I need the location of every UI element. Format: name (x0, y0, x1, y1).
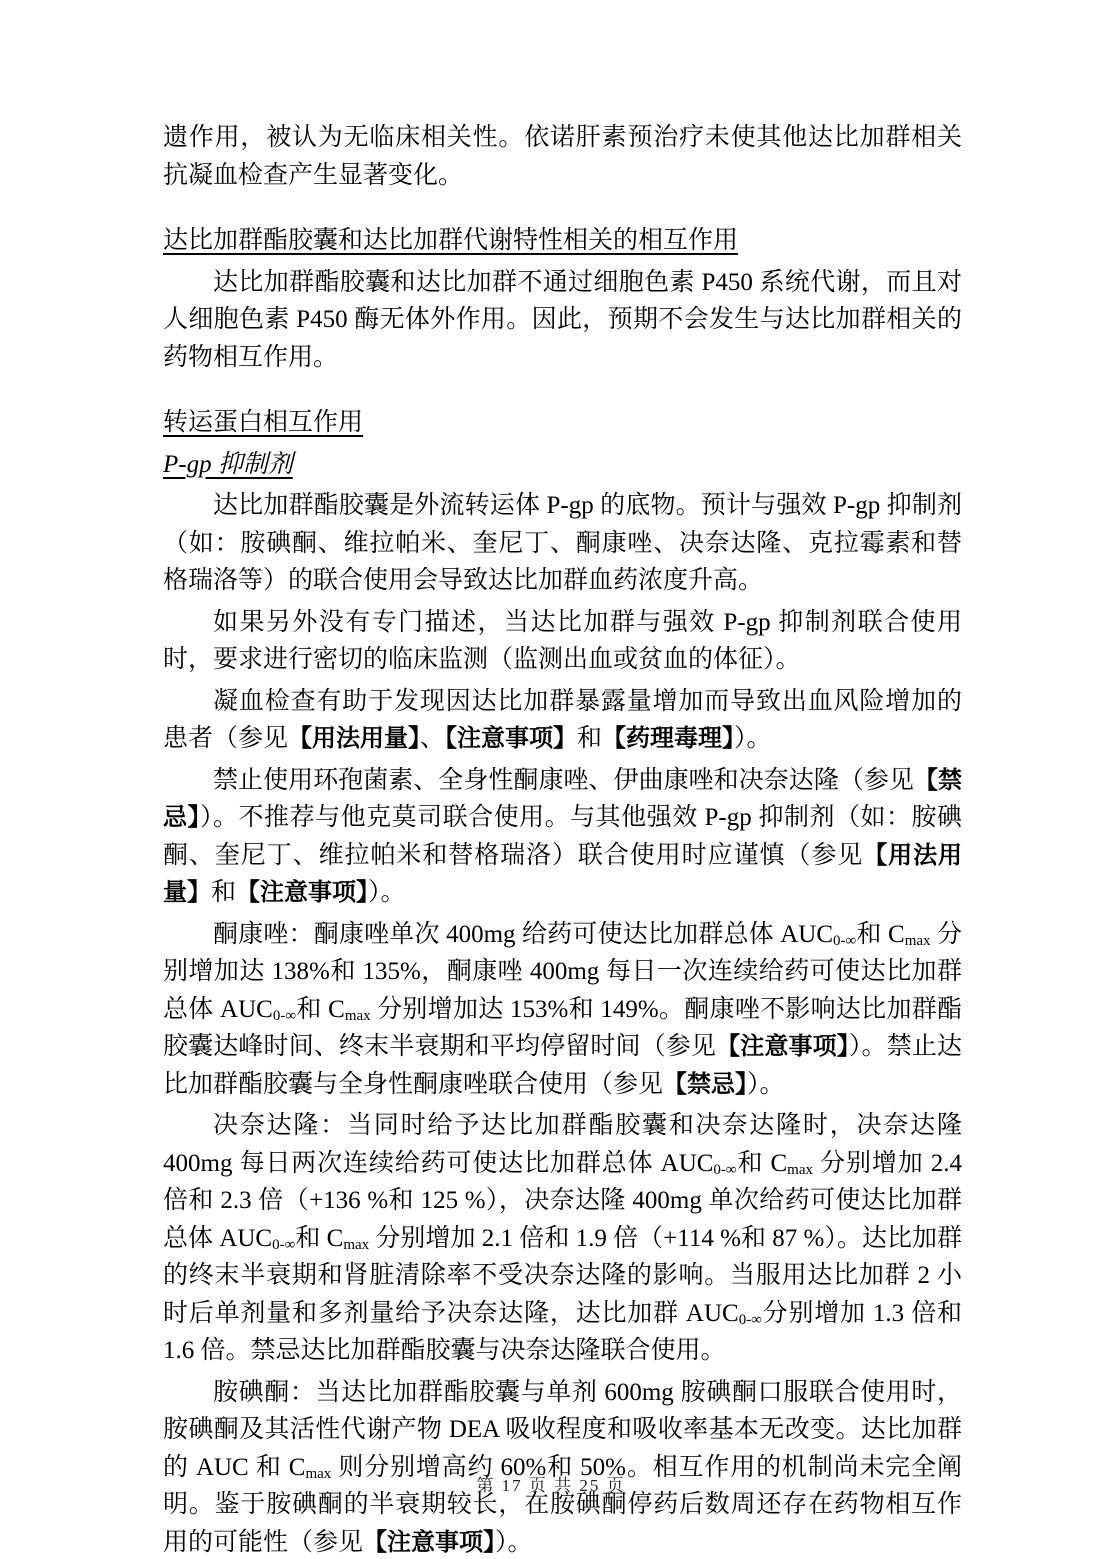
text-segment: 【注意事项】 (363, 1529, 495, 1556)
text-segment: 、 (420, 725, 445, 752)
text-segment: 和 C (856, 921, 904, 948)
document-page: 遗作用，被认为无临床相关性。依诺肝素预治疗未使其他达比加群相关抗凝血检查产生显著… (0, 0, 1102, 1559)
text-segment: 禁止使用环孢菌素、全身性酮康唑、伊曲康唑和决奈达隆（参见 (213, 767, 914, 794)
text-segment: max (343, 1237, 369, 1253)
page-footer: 第 17 页 共 25 页 (0, 1471, 1102, 1496)
text-segment: 【禁忌】 (663, 1071, 747, 1098)
paragraph-ketoconazole: 酮康唑：酮康唑单次 400mg 给药可使达比加群总体 AUC0-∞和 Cmax … (163, 916, 962, 1104)
paragraph-clinical-monitoring: 如果另外没有专门描述，当达比加群与强效 P-gp 抑制剂联合使用时，要求进行密切… (163, 604, 962, 679)
text-segment: 达比加群酯胶囊是外流转运体 P-gp 的底物。预计与强效 P-gp 抑制剂（如：… (163, 492, 962, 594)
text-segment: 和 C (737, 1150, 788, 1177)
text-segment: 达比加群酯胶囊和达比加群代谢特性相关的相互作用 (163, 227, 738, 254)
paragraph-coagulation-test: 凝血检查有助于发现因达比加群暴露量增加而导致出血风险增加的患者（参见【用法用量】… (163, 683, 962, 758)
text-segment: 【药理毒理】 (602, 725, 734, 752)
text-segment: 和 (211, 879, 236, 906)
text-segment: 0-∞ (739, 1312, 762, 1328)
text-segment: 【用法用量】 (288, 725, 420, 752)
document-content: 遗作用，被认为无临床相关性。依诺肝素预治疗未使其他达比加群相关抗凝血检查产生显著… (163, 119, 962, 1559)
text-segment: 【注意事项】 (236, 879, 368, 906)
paragraph-continuation: 遗作用，被认为无临床相关性。依诺肝素预治疗未使其他达比加群相关抗凝血检查产生显著… (163, 119, 962, 194)
text-segment: 【注意事项】 (716, 1033, 849, 1060)
text-segment: 和 (577, 725, 602, 752)
text-segment: ）。不推荐与他克莫司联合使用。与其他强效 P-gp 抑制剂（如：胺碘酮、奎尼丁、… (163, 804, 962, 869)
text-segment: max (345, 1008, 371, 1024)
paragraph-dronedarone: 决奈达隆：当同时给予达比加群酯胶囊和决奈达隆时，决奈达隆 400mg 每日两次连… (163, 1107, 962, 1370)
text-segment: 【注意事项】 (445, 725, 577, 752)
text-segment: 0-∞ (272, 1237, 295, 1253)
text-segment: 转运蛋白相互作用 (163, 409, 363, 436)
text-segment: ）。 (495, 1529, 533, 1556)
text-segment: 如果另外没有专门描述，当达比加群与强效 P-gp 抑制剂联合使用时，要求进行密切… (163, 609, 962, 674)
text-segment: ）。 (368, 879, 406, 906)
text-segment: 0-∞ (713, 1162, 736, 1178)
subheading-pgp-inhibitor: P-gp 抑制剂 (163, 446, 962, 484)
text-segment: P-gp 抑制剂 (163, 451, 293, 478)
paragraph-p450: 达比加群酯胶囊和达比加群不通过细胞色素 P450 系统代谢，而且对人细胞色素 P… (163, 264, 962, 377)
text-segment: 酮康唑：酮康唑单次 400mg 给药可使达比加群总体 AUC (213, 921, 833, 948)
page-number-text: 第 17 页 共 25 页 (476, 1476, 625, 1495)
text-segment: 0-∞ (833, 933, 856, 949)
text-segment: 0-∞ (273, 1008, 296, 1024)
text-segment: 达比加群酯胶囊和达比加群不通过细胞色素 P450 系统代谢，而且对人细胞色素 P… (163, 269, 962, 371)
section-heading-transporter-interactions: 转运蛋白相互作用 (163, 404, 962, 442)
paragraph-prohibited-combinations: 禁止使用环孢菌素、全身性酮康唑、伊曲康唑和决奈达隆（参见【禁忌】）。不推荐与他克… (163, 762, 962, 912)
text-segment: max (787, 1162, 813, 1178)
text-segment: ）。 (734, 725, 772, 752)
section-heading-metabolism-interactions: 达比加群酯胶囊和达比加群代谢特性相关的相互作用 (163, 222, 962, 260)
text-segment: ）。 (747, 1071, 785, 1098)
paragraph-amiodarone: 胺碘酮：当达比加群酯胶囊与单剂 600mg 胺碘酮口服联合使用时，胺碘酮及其活性… (163, 1374, 962, 1559)
paragraph-pgp-substrate: 达比加群酯胶囊是外流转运体 P-gp 的底物。预计与强效 P-gp 抑制剂（如：… (163, 487, 962, 600)
text-segment: 和 C (296, 996, 345, 1023)
text-segment: max (905, 933, 931, 949)
text-segment: 遗作用，被认为无临床相关性。依诺肝素预治疗未使其他达比加群相关抗凝血检查产生显著… (163, 124, 962, 189)
text-segment: 和 C (295, 1225, 343, 1252)
